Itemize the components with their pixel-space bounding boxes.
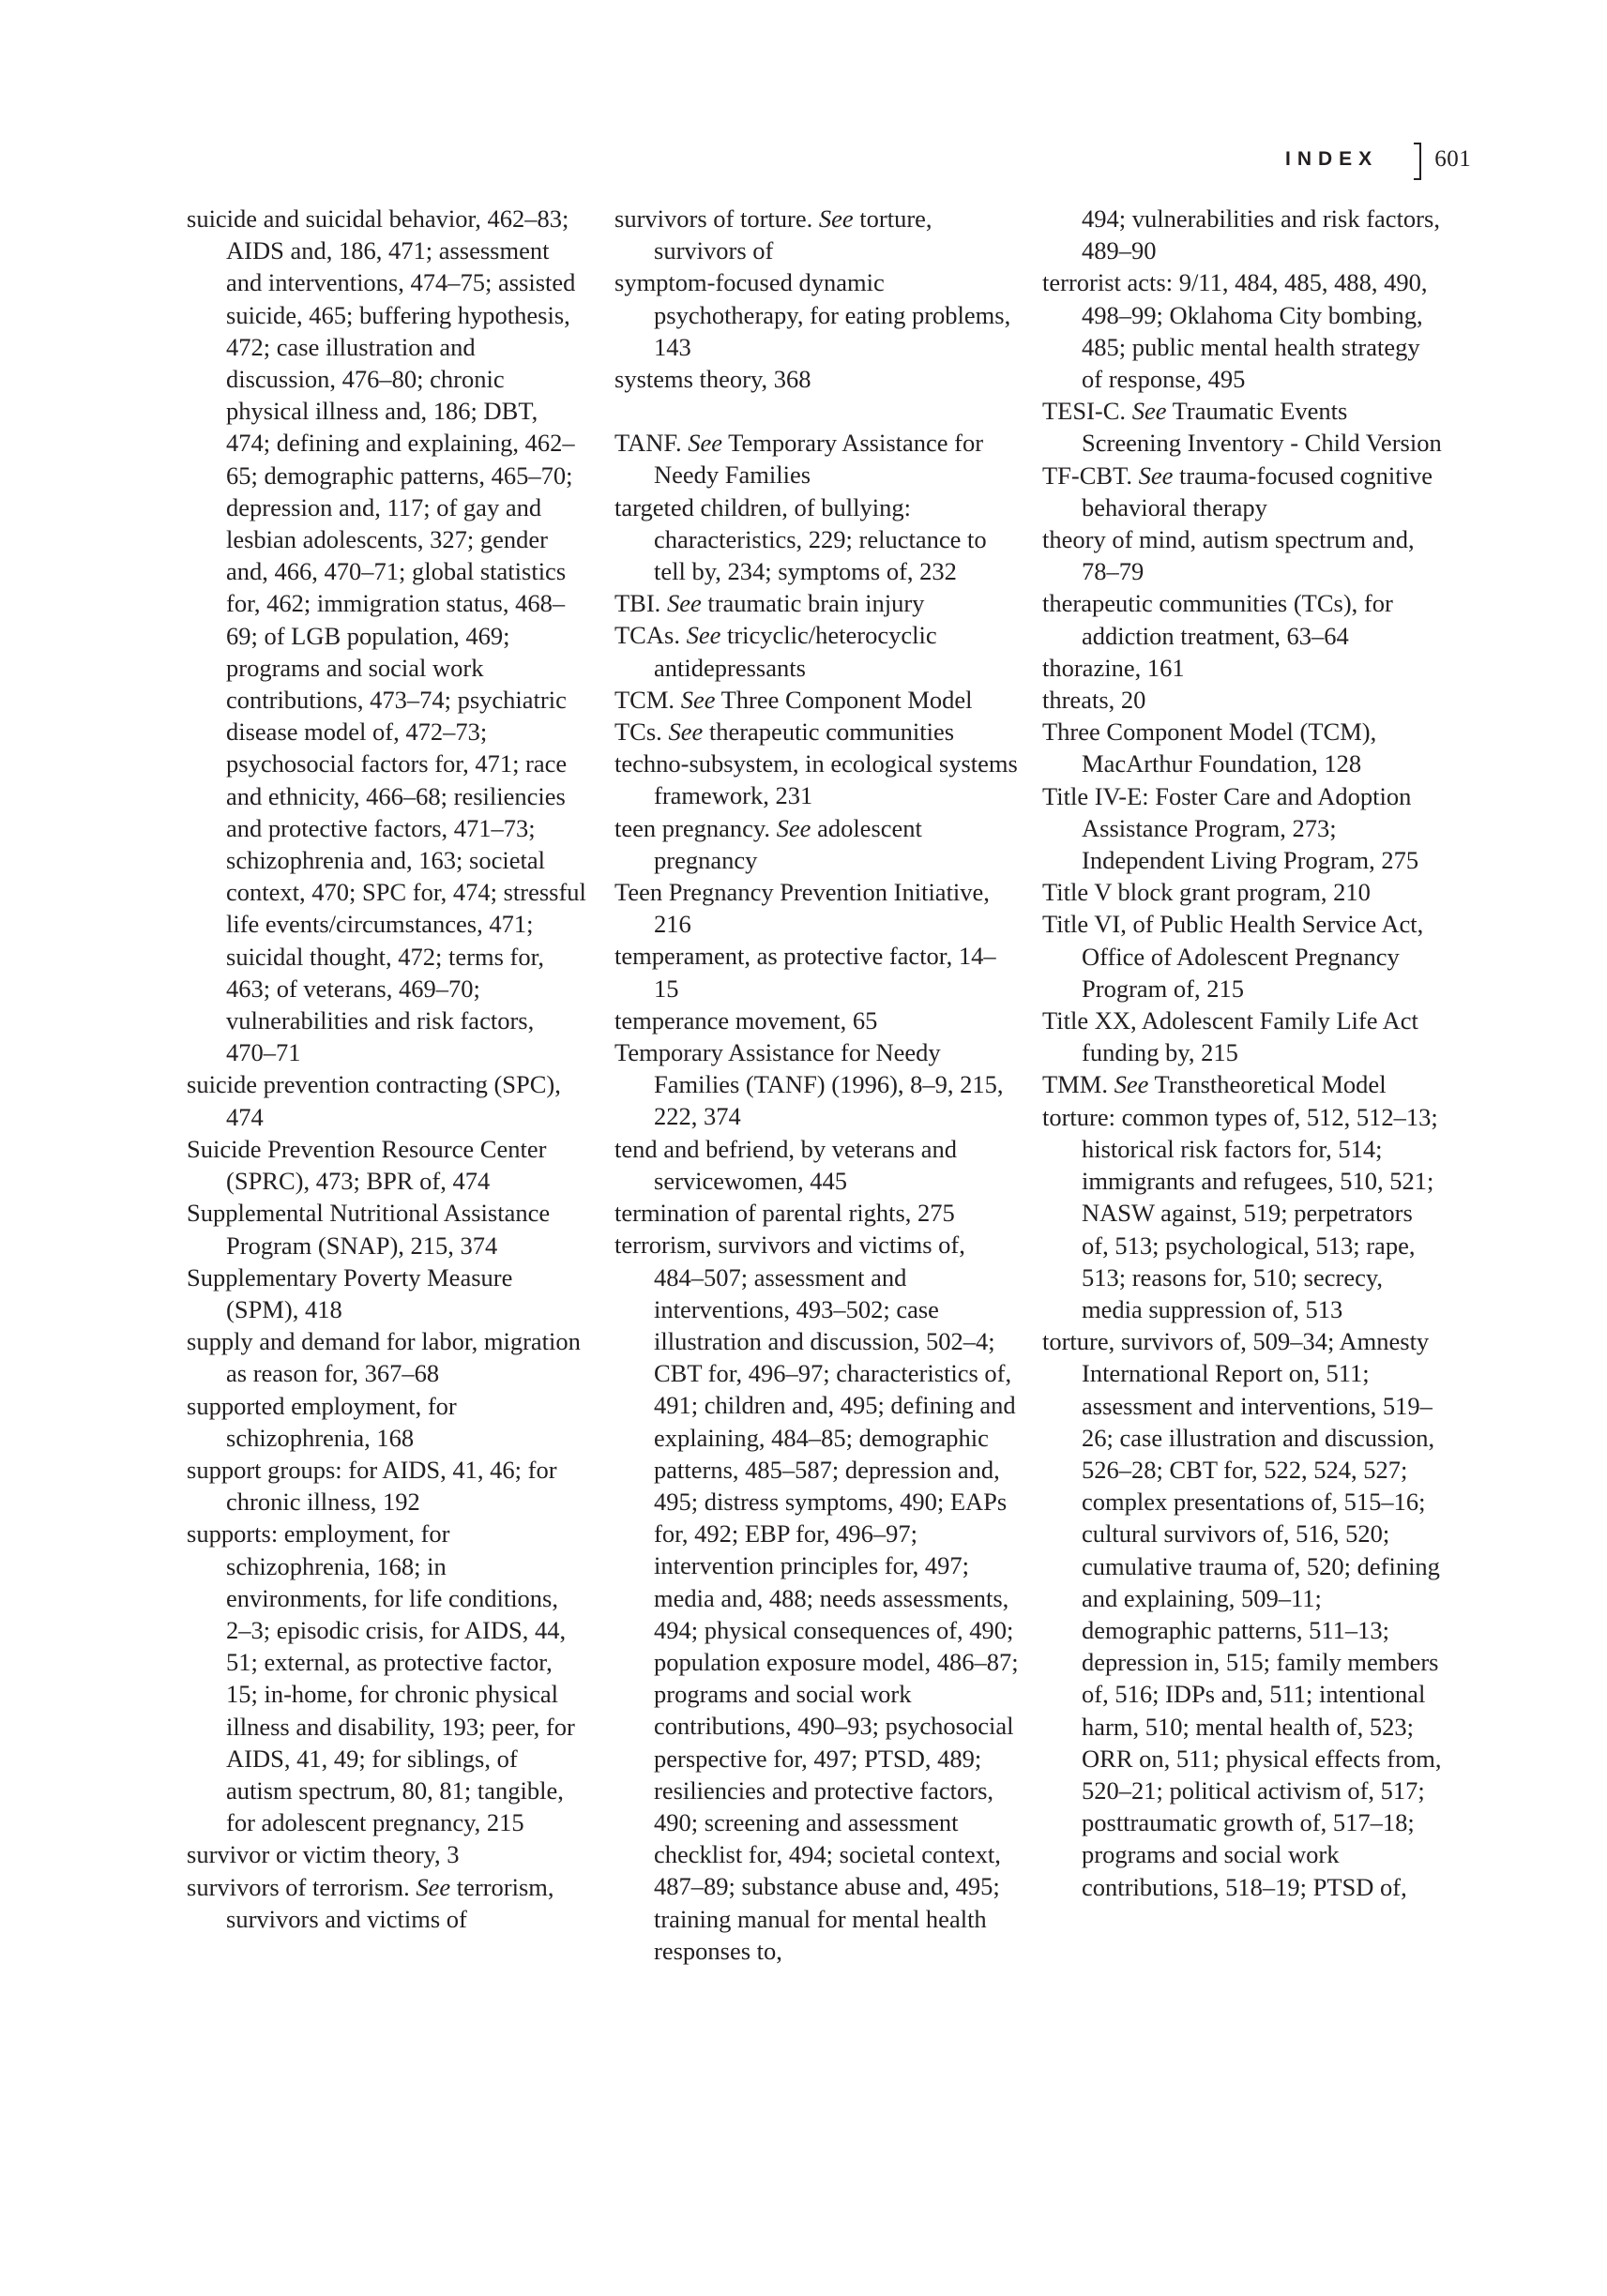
index-entry: termination of parental rights, 275: [614, 1197, 1020, 1229]
see-label: See: [1114, 1070, 1149, 1098]
index-cross-reference: teen pregnancy. See adolescent pregnancy: [614, 812, 1020, 876]
index-entry: threats, 20: [1042, 684, 1446, 716]
index-entry: terrorism, survivors and victims of, 484…: [614, 1229, 1020, 1967]
entry-heading: TBI.: [614, 589, 660, 617]
index-cross-reference: survivors of torture. See torture, survi…: [614, 203, 1020, 266]
index-cross-reference: TESI-C. See Traumatic Events Screening I…: [1042, 395, 1446, 459]
page-number: 601: [1434, 146, 1471, 173]
index-entry: 494; vulnerabilities and risk factors, 4…: [1042, 203, 1446, 266]
see-label: See: [777, 814, 811, 842]
index-entry: survivor or victim theory, 3: [187, 1838, 586, 1870]
index-entry: targeted children, of bullying: characte…: [614, 491, 1020, 588]
entry-heading: TCM.: [614, 686, 675, 714]
index-cross-reference: TANF. See Temporary Assistance for Needy…: [614, 427, 1020, 491]
index-entry: Supplementary Poverty Measure (SPM), 418: [187, 1261, 586, 1325]
index-entry: Supplemental Nutritional Assistance Prog…: [187, 1197, 586, 1261]
see-target: Three Component Model: [721, 686, 973, 714]
index-entry: supports: employment, for schizophrenia,…: [187, 1518, 586, 1838]
index-entry: suicide and suicidal behavior, 462–83; A…: [187, 203, 586, 1068]
index-cross-reference: TF-CBT. See trauma-focused cognitive beh…: [1042, 460, 1446, 523]
index-entry: terrorist acts: 9/11, 484, 485, 488, 490…: [1042, 266, 1446, 395]
entry-heading: TCs.: [614, 717, 662, 746]
entry-heading: survivors of terrorism.: [187, 1873, 410, 1901]
see-target: Transtheoretical Model: [1155, 1070, 1387, 1098]
see-label: See: [819, 204, 854, 233]
entry-heading: TCAs.: [614, 621, 680, 649]
index-cross-reference: TMM. See Transtheoretical Model: [1042, 1068, 1446, 1100]
index-entry: Title XX, Adolescent Family Life Act fun…: [1042, 1004, 1446, 1068]
see-label: See: [668, 717, 703, 746]
entry-heading: teen pregnancy.: [614, 814, 770, 842]
index-entry: thorazine, 161: [1042, 652, 1446, 684]
index-entry: tend and befriend, by veterans and servi…: [614, 1133, 1020, 1197]
entry-heading: TESI-C.: [1042, 397, 1126, 425]
see-target: trauma-focused cognitive behavioral ther…: [1082, 461, 1433, 521]
index-cross-reference: TBI. See traumatic brain injury: [614, 587, 1020, 619]
index-cross-reference: survivors of terrorism. See terrorism, s…: [187, 1871, 586, 1935]
index-entry: Teen Pregnancy Prevention Initiative, 21…: [614, 876, 1020, 940]
entry-heading: TF-CBT.: [1042, 461, 1132, 490]
index-entry: Three Component Model (TCM), MacArthur F…: [1042, 716, 1446, 779]
index-entry: therapeutic communities (TCs), for addic…: [1042, 587, 1446, 651]
see-label: See: [1139, 461, 1174, 490]
index-entry: supply and demand for labor, migration a…: [187, 1325, 586, 1389]
see-label: See: [1132, 397, 1167, 425]
index-entry: temperament, as protective factor, 14–15: [614, 940, 1020, 1004]
see-label: See: [416, 1873, 450, 1901]
see-label: See: [688, 429, 722, 457]
index-entry: supported employment, for schizophrenia,…: [187, 1390, 586, 1454]
index-entry: theory of mind, autism spectrum and, 78–…: [1042, 523, 1446, 587]
index-entry: support groups: for AIDS, 41, 46; for ch…: [187, 1454, 586, 1518]
index-entry: symptom-focused dynamic psychotherapy, f…: [614, 266, 1020, 363]
entry-heading: TMM.: [1042, 1070, 1108, 1098]
index-entry: suicide prevention contracting (SPC), 47…: [187, 1068, 586, 1132]
entry-heading: TANF.: [614, 429, 682, 457]
index-entry: torture, survivors of, 509–34; Amnesty I…: [1042, 1325, 1446, 1903]
index-entry: torture: common types of, 512, 512–13; h…: [1042, 1101, 1446, 1325]
index-entry: Title V block grant program, 210: [1042, 876, 1446, 908]
see-target: traumatic brain injury: [707, 589, 924, 617]
entry-heading: survivors of torture.: [614, 204, 812, 233]
index-entry: temperance movement, 65: [614, 1004, 1020, 1036]
index-column-1: suicide and suicidal behavior, 462–83; A…: [187, 203, 586, 1935]
index-column-3: 494; vulnerabilities and risk factors, 4…: [1042, 203, 1446, 1903]
letter-group-gap: [614, 395, 1020, 427]
index-entry: Temporary Assistance for Needy Families …: [614, 1036, 1020, 1133]
running-head: INDEX 601: [1285, 141, 1471, 178]
index-cross-reference: TCs. See therapeutic communities: [614, 716, 1020, 748]
index-cross-reference: TCM. See Three Component Model: [614, 684, 1020, 716]
index-entry: Suicide Prevention Resource Center (SPRC…: [187, 1133, 586, 1197]
index-column-2: survivors of torture. See torture, survi…: [614, 203, 1020, 1967]
index-entry: techno-subsystem, in ecological systems …: [614, 748, 1020, 811]
index-cross-reference: TCAs. See tricyclic/heterocyclic antidep…: [614, 619, 1020, 683]
see-target: therapeutic communities: [709, 717, 954, 746]
see-label: See: [667, 589, 702, 617]
see-label: See: [681, 686, 716, 714]
running-head-section: INDEX: [1285, 148, 1378, 171]
see-label: See: [687, 621, 721, 649]
index-entry: systems theory, 368: [614, 363, 1020, 395]
bracket-divider: [1414, 143, 1421, 180]
index-entry: Title VI, of Public Health Service Act, …: [1042, 908, 1446, 1004]
index-entry: Title IV-E: Foster Care and Adoption Ass…: [1042, 780, 1446, 877]
